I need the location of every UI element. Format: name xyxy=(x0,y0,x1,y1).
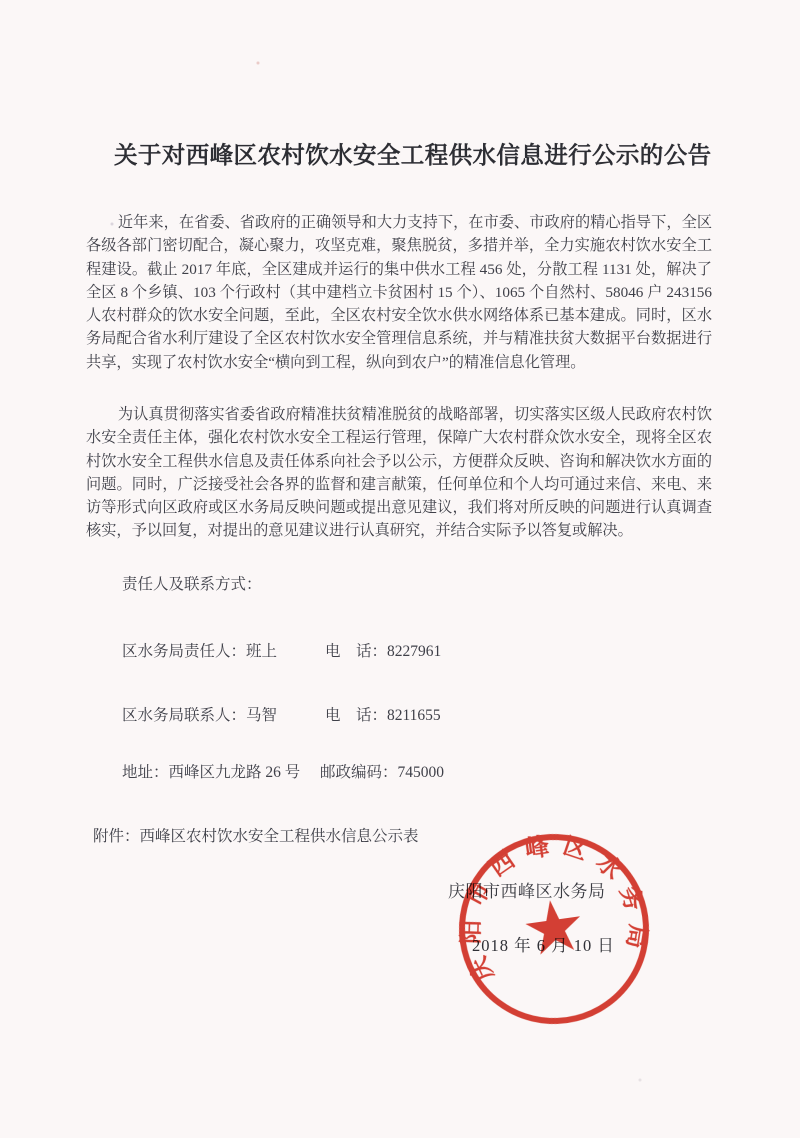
contact-label: 区水务局责任人：班上 xyxy=(122,643,277,660)
contact-row-address: 地址：西峰区九龙路 26 号 邮政编码：745000 xyxy=(122,760,300,782)
seal-star-icon xyxy=(523,896,585,956)
attachment-line: 附件：西峰区农村饮水安全工程供水信息公示表 xyxy=(93,824,419,846)
contact-row-responsible: 区水务局责任人：班上 电 话：8227961 xyxy=(122,639,277,661)
contact-phone: 电 话：8211655 xyxy=(325,703,441,725)
paragraph-2: 为认真贯彻落实省委省政府精准扶贫精准脱贫的战略部署，切实落实区级人民政府农村饮水… xyxy=(86,403,712,543)
paragraph-1: 近年来，在省委、省政府的正确领导和大力支持下，在市委、市政府的精心指导下，全区各… xyxy=(86,211,712,374)
contact-label: 地址：西峰区九龙路 26 号 xyxy=(122,764,300,781)
contact-row-liaison: 区水务局联系人：马智 电 话：8211655 xyxy=(122,703,277,725)
contact-phone: 电 话：8227961 xyxy=(325,639,441,661)
contact-heading: 责任人及联系方式： xyxy=(122,572,262,594)
page-title: 关于对西峰区农村饮水安全工程供水信息进行公示的公告 xyxy=(114,136,712,170)
document-page: 关于对西峰区农村饮水安全工程供水信息进行公示的公告 近年来，在省委、省政府的正确… xyxy=(0,0,800,1138)
contact-postcode: 邮政编码：745000 xyxy=(320,760,444,782)
official-seal-stamp: 庆阳市西峰区水务局 xyxy=(441,816,667,1042)
contact-label: 区水务局联系人：马智 xyxy=(122,707,277,724)
